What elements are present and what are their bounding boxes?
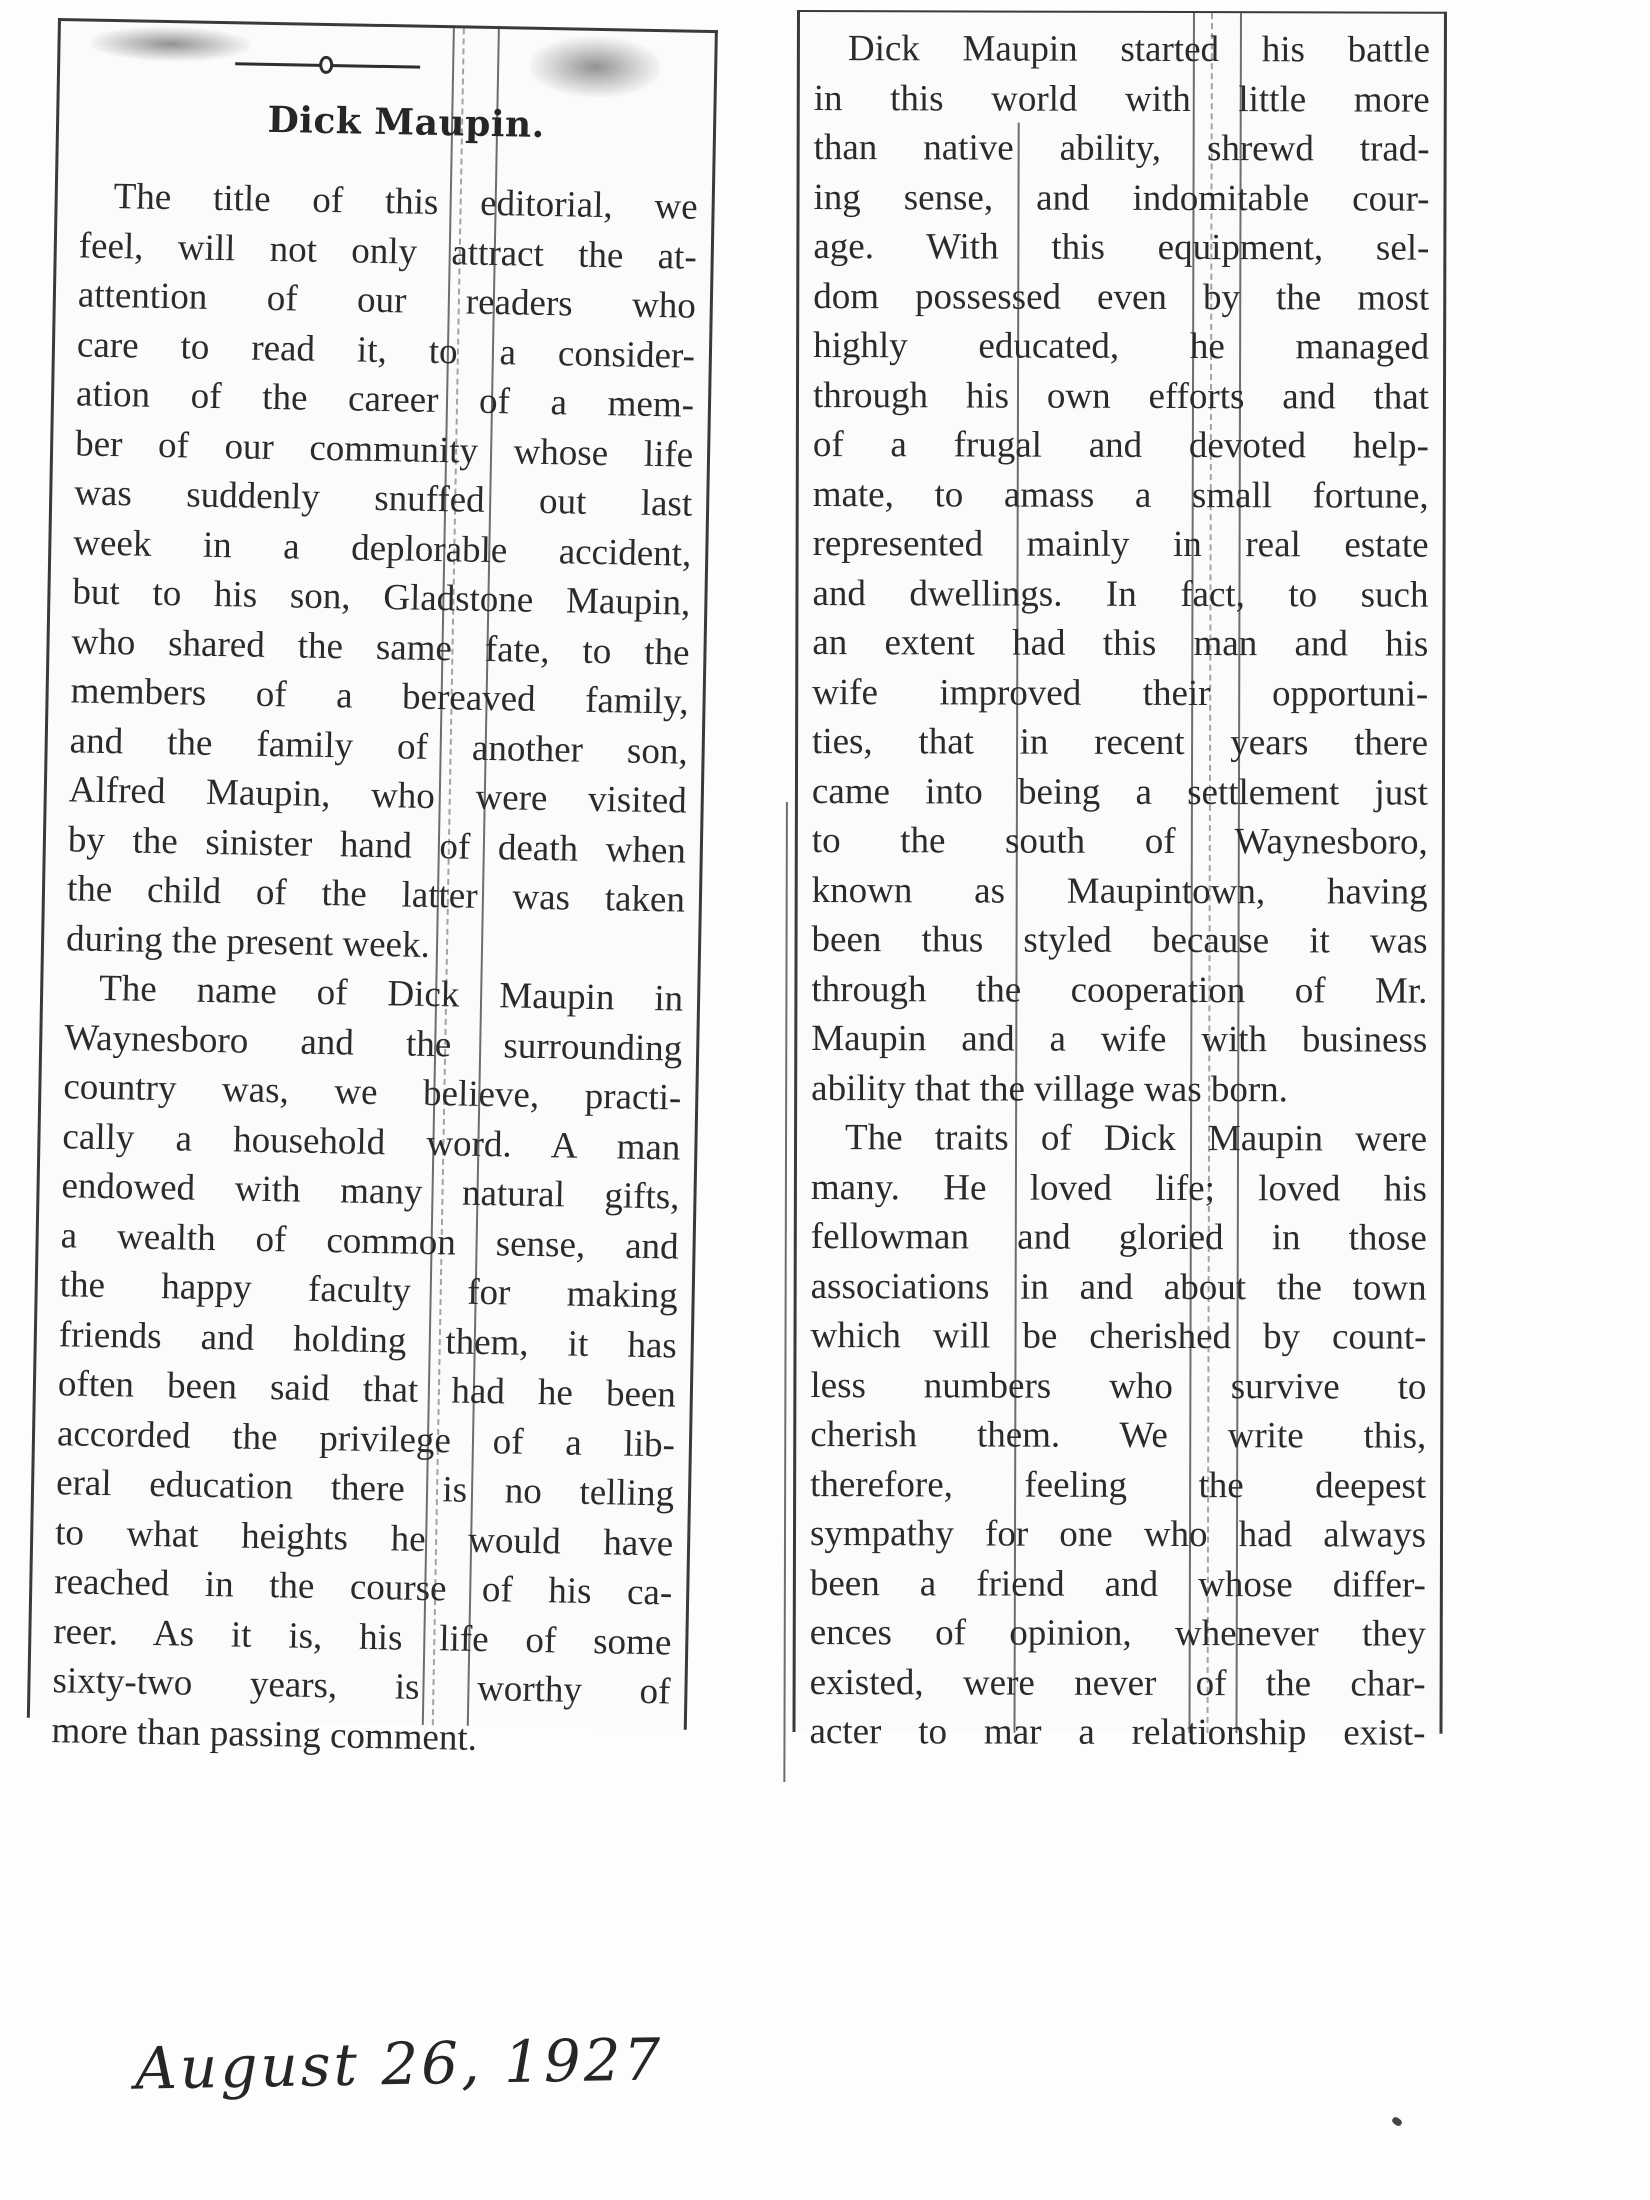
clipping-left-column: Dick Maupin. The title of this editorial…: [27, 18, 718, 1730]
text-line: The traits of Dick Maupin were: [811, 1113, 1427, 1164]
handwritten-date: August 26, 1927: [134, 2025, 664, 2102]
text-line: to the south of Waynesboro,: [812, 816, 1428, 867]
text-line: Maupin and a wife with business: [811, 1014, 1427, 1065]
text-line: Dick Maupin started his battle: [814, 24, 1430, 75]
article-body-left: The title of this editorial, wefeel, wil…: [51, 171, 698, 1766]
rule-ornament-icon: [235, 52, 420, 77]
ink-smudge: [530, 36, 661, 98]
text-line: of a frugal and devoted help-: [813, 420, 1429, 471]
text-line: ences of opinion, whenever they: [810, 1608, 1426, 1659]
text-line: many. He loved life; loved his: [811, 1163, 1427, 1214]
text-line: through the cooperation of Mr.: [811, 965, 1427, 1016]
text-line: associations in and about the town: [811, 1262, 1427, 1313]
fold-line: [783, 802, 788, 1782]
text-line: acter to mar a relationship exist-: [809, 1707, 1425, 1758]
text-line: than native ability, shrewd trad-: [814, 123, 1430, 174]
ink-smudge: [90, 26, 251, 63]
text-line: therefore, feeling the deepest: [810, 1460, 1426, 1511]
text-line: ties, that in recent years there: [812, 717, 1428, 768]
text-line: fellowman and gloried in those: [811, 1212, 1427, 1263]
text-line: less numbers who survive to: [810, 1361, 1426, 1412]
text-line: ability that the village was born.: [811, 1064, 1427, 1115]
text-line: wife improved their opportuni-: [812, 668, 1428, 719]
text-line: been a friend and whose differ-: [810, 1559, 1426, 1610]
text-line: sympathy for one who had always: [810, 1509, 1426, 1560]
text-line: cherish them. We write this,: [810, 1410, 1426, 1461]
article-headline: Dick Maupin.: [59, 95, 714, 149]
scan-speck: [1391, 2116, 1403, 2127]
text-line: which will be cherished by count-: [810, 1311, 1426, 1362]
text-line: and dwellings. In fact, to such: [812, 569, 1428, 620]
text-line: known as Maupintown, having: [812, 866, 1428, 917]
text-line: highly educated, he managed: [813, 321, 1429, 372]
text-line: represented mainly in real estate: [813, 519, 1429, 570]
article-body-right: Dick Maupin started his battlein this wo…: [809, 24, 1430, 1758]
scanned-page: Dick Maupin. The title of this editorial…: [0, 0, 1650, 2200]
text-line: dom possessed even by the most: [813, 272, 1429, 323]
text-line: been thus styled because it was: [812, 915, 1428, 966]
text-line: through his own efforts and that: [813, 371, 1429, 422]
text-line: age. With this equipment, sel-: [813, 222, 1429, 273]
text-line: mate, to amass a small fortune,: [813, 470, 1429, 521]
text-line: ing sense, and indomitable cour-: [813, 173, 1429, 224]
clipping-right-column: Dick Maupin started his battlein this wo…: [792, 10, 1447, 1734]
text-line: an extent had this man and his: [812, 618, 1428, 669]
text-line: in this world with little more: [814, 74, 1430, 125]
text-line: came into being a settlement just: [812, 767, 1428, 818]
text-line: existed, were never of the char-: [810, 1658, 1426, 1709]
